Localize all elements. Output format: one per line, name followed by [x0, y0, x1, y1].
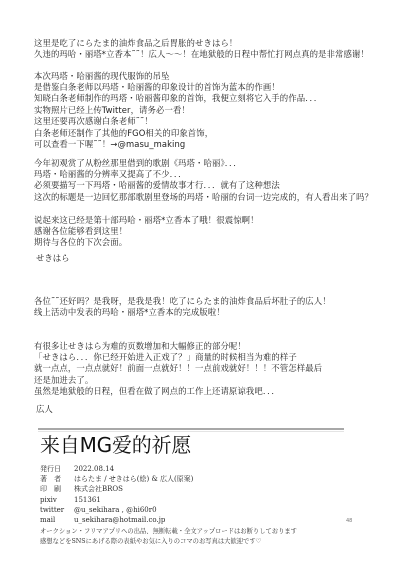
colophon-value: @u_sekihara , @hi60r0 — [74, 505, 157, 515]
colophon-key: mail — [40, 515, 74, 525]
colophon-divider — [38, 428, 344, 430]
text-line: 各位˜˜还好吗？是我呀，是我是我！吃了にらたま的油炸食品后坏肚子的広人！ — [34, 296, 331, 307]
signature-sekihara: せきはら — [36, 253, 70, 264]
text-line: 今年初观赏了从粉丝那里借到的歌剧《玛塔・哈丽》．．． — [34, 158, 373, 169]
colophon-key: 印 刷 — [40, 484, 74, 494]
text-line: 期待与各位的下次会面。 — [34, 237, 259, 248]
notice-line: オークション・フリマアプリへの出品、無断転載・全文アップロードはお断りしておりま… — [40, 527, 297, 537]
signature-hiroto: 広人 — [36, 404, 53, 415]
text-line: 必须要描写一下玛塔・哈丽酱的爱情故事才行．．．就有了这种想法 — [34, 180, 373, 191]
text-line: 这里是吃了にらたま的油炸食品之后胃胀的せきはら！ — [34, 38, 369, 49]
colophon-row-publish-date: 発行日 2022.08.14 — [40, 464, 193, 474]
page-number: 48 — [346, 518, 352, 524]
colophon-row-pixiv: pixiv 151361 — [40, 495, 193, 505]
colophon-title: 来自MG爱的祈愿 — [40, 433, 191, 457]
colophon-value: 151361 — [74, 495, 101, 505]
text-line: 感谢各位能够看到这里！ — [34, 226, 259, 237]
text-line: 还是加进去了。 — [34, 375, 322, 386]
afterword-paragraph-fgo-jewelry: 白条老师还制作了其他的FGO相关的印象首饰， 可以查看一下喔˜˜！→@masu_… — [34, 128, 213, 150]
text-line: 是借鉴白条老师以玛塔・哈丽酱的印象设计的首饰为蓝本的作画！ — [34, 82, 322, 93]
colophon-row-authors: 著 者 はらたま / せきはら(絵) & 広人(原案) — [40, 474, 193, 484]
text-line: 虽然是地狱般的日程，但看在做了网点的工作上还请原谅我吧．．． — [34, 386, 322, 397]
text-line: 知晓白条老师制作的玛塔・哈丽酱印象的首饰，我便立刻将它入手的作品．．． — [34, 93, 322, 104]
colophon-value: はらたま / せきはら(絵) & 広人(原案) — [74, 474, 193, 484]
colophon-key: pixiv — [40, 495, 74, 505]
text-line: 玛塔・哈丽酱的分辨率又提高了不少．．． — [34, 169, 373, 180]
colophon-value: 2022.08.14 — [74, 464, 114, 474]
distribution-notice: オークション・フリマアプリへの出品、無断転載・全文アップロードはお断りしておりま… — [40, 527, 297, 547]
colophon-row-printer: 印 刷 株式会社BROS — [40, 484, 193, 494]
afterword-paragraph-tenth-book: 说起来这已经是第十部玛哈・丽塔*立香本了哦！很震惊啊！ 感谢各位能够看到这里！ … — [34, 215, 259, 249]
afterword-paragraph-revisions: 有很多让せきはら为难的页数增加和大幅修正的部分呢！ 「せきはら．．．你已经开始进… — [34, 341, 322, 397]
afterword-paragraph-pendant: 本次玛塔・哈丽酱的现代服饰的吊坠 是借鉴白条老师以玛塔・哈丽酱的印象设计的首饰为… — [34, 71, 322, 127]
colophon-key: 発行日 — [40, 464, 74, 474]
colophon-info-table: 発行日 2022.08.14 著 者 はらたま / せきはら(絵) & 広人(原… — [40, 464, 193, 525]
text-line: 「せきはら．．．你已经开始进入正戏了？」商量的时候相当为难的样子 — [34, 352, 322, 363]
text-line: 可以查看一下喔˜˜！→@masu_making — [34, 139, 213, 150]
text-line: 有很多让せきはら为难的页数增加和大幅修正的部分呢！ — [34, 341, 322, 352]
afterword-paragraph-opera: 今年初观赏了从粉丝那里借到的歌剧《玛塔・哈丽》．．． 玛塔・哈丽酱的分辨率又提高… — [34, 158, 373, 203]
text-line: 这次的标题是一边回忆那部歌剧里登场的玛塔・哈丽的台词一边完成的，有人看出来了吗？ — [34, 192, 373, 203]
text-line: 说起来这已经是第十部玛哈・丽塔*立香本了哦！很震惊啊！ — [34, 215, 259, 226]
notice-line: 感想などをSNSにあげる際の表紙やお気に入りのコマのお写真は大歓迎です♡ — [40, 537, 297, 547]
colophon-key: twitter — [40, 505, 74, 515]
text-line: 这里还要再次感谢白条老师˜˜！ — [34, 116, 322, 127]
colophon-value: u_sekihara@hotmail.co.jp — [74, 515, 165, 525]
colophon-value: 株式会社BROS — [74, 484, 123, 494]
colophon-divider-shadow — [38, 431, 344, 432]
text-line: 实物照片已经上传Twitter，请务必一看！ — [34, 105, 322, 116]
afterword-paragraph-hiroto-greeting: 各位˜˜还好吗？是我呀，是我是我！吃了にらたま的油炸食品后坏肚子的広人！ 线上活… — [34, 296, 331, 318]
text-line: 就一点点，一点点就好！前面一点就好！！一点前戏就好！！！不管怎样最后 — [34, 363, 322, 374]
colophon-row-twitter: twitter @u_sekihara , @hi60r0 — [40, 505, 193, 515]
text-line: 线上活动中发表的玛哈・丽塔*立香本的完成版啦！ — [34, 307, 331, 318]
colophon-key: 著 者 — [40, 474, 74, 484]
colophon-row-mail: mail u_sekihara@hotmail.co.jp — [40, 515, 193, 525]
text-line: 久违的玛哈・丽塔*立香本˜˜！広人〜〜！在地狱般的日程中帮忙打网点真的是非常感谢… — [34, 49, 369, 60]
afterword-page: 这里是吃了にらたま的油炸食品之后胃胀的せきはら！ 久违的玛哈・丽塔*立香本˜˜！… — [0, 0, 400, 568]
afterword-paragraph-greeting: 这里是吃了にらたま的油炸食品之后胃胀的せきはら！ 久违的玛哈・丽塔*立香本˜˜！… — [34, 38, 369, 60]
text-line: 本次玛塔・哈丽酱的现代服饰的吊坠 — [34, 71, 322, 82]
text-line: 白条老师还制作了其他的FGO相关的印象首饰， — [34, 128, 213, 139]
